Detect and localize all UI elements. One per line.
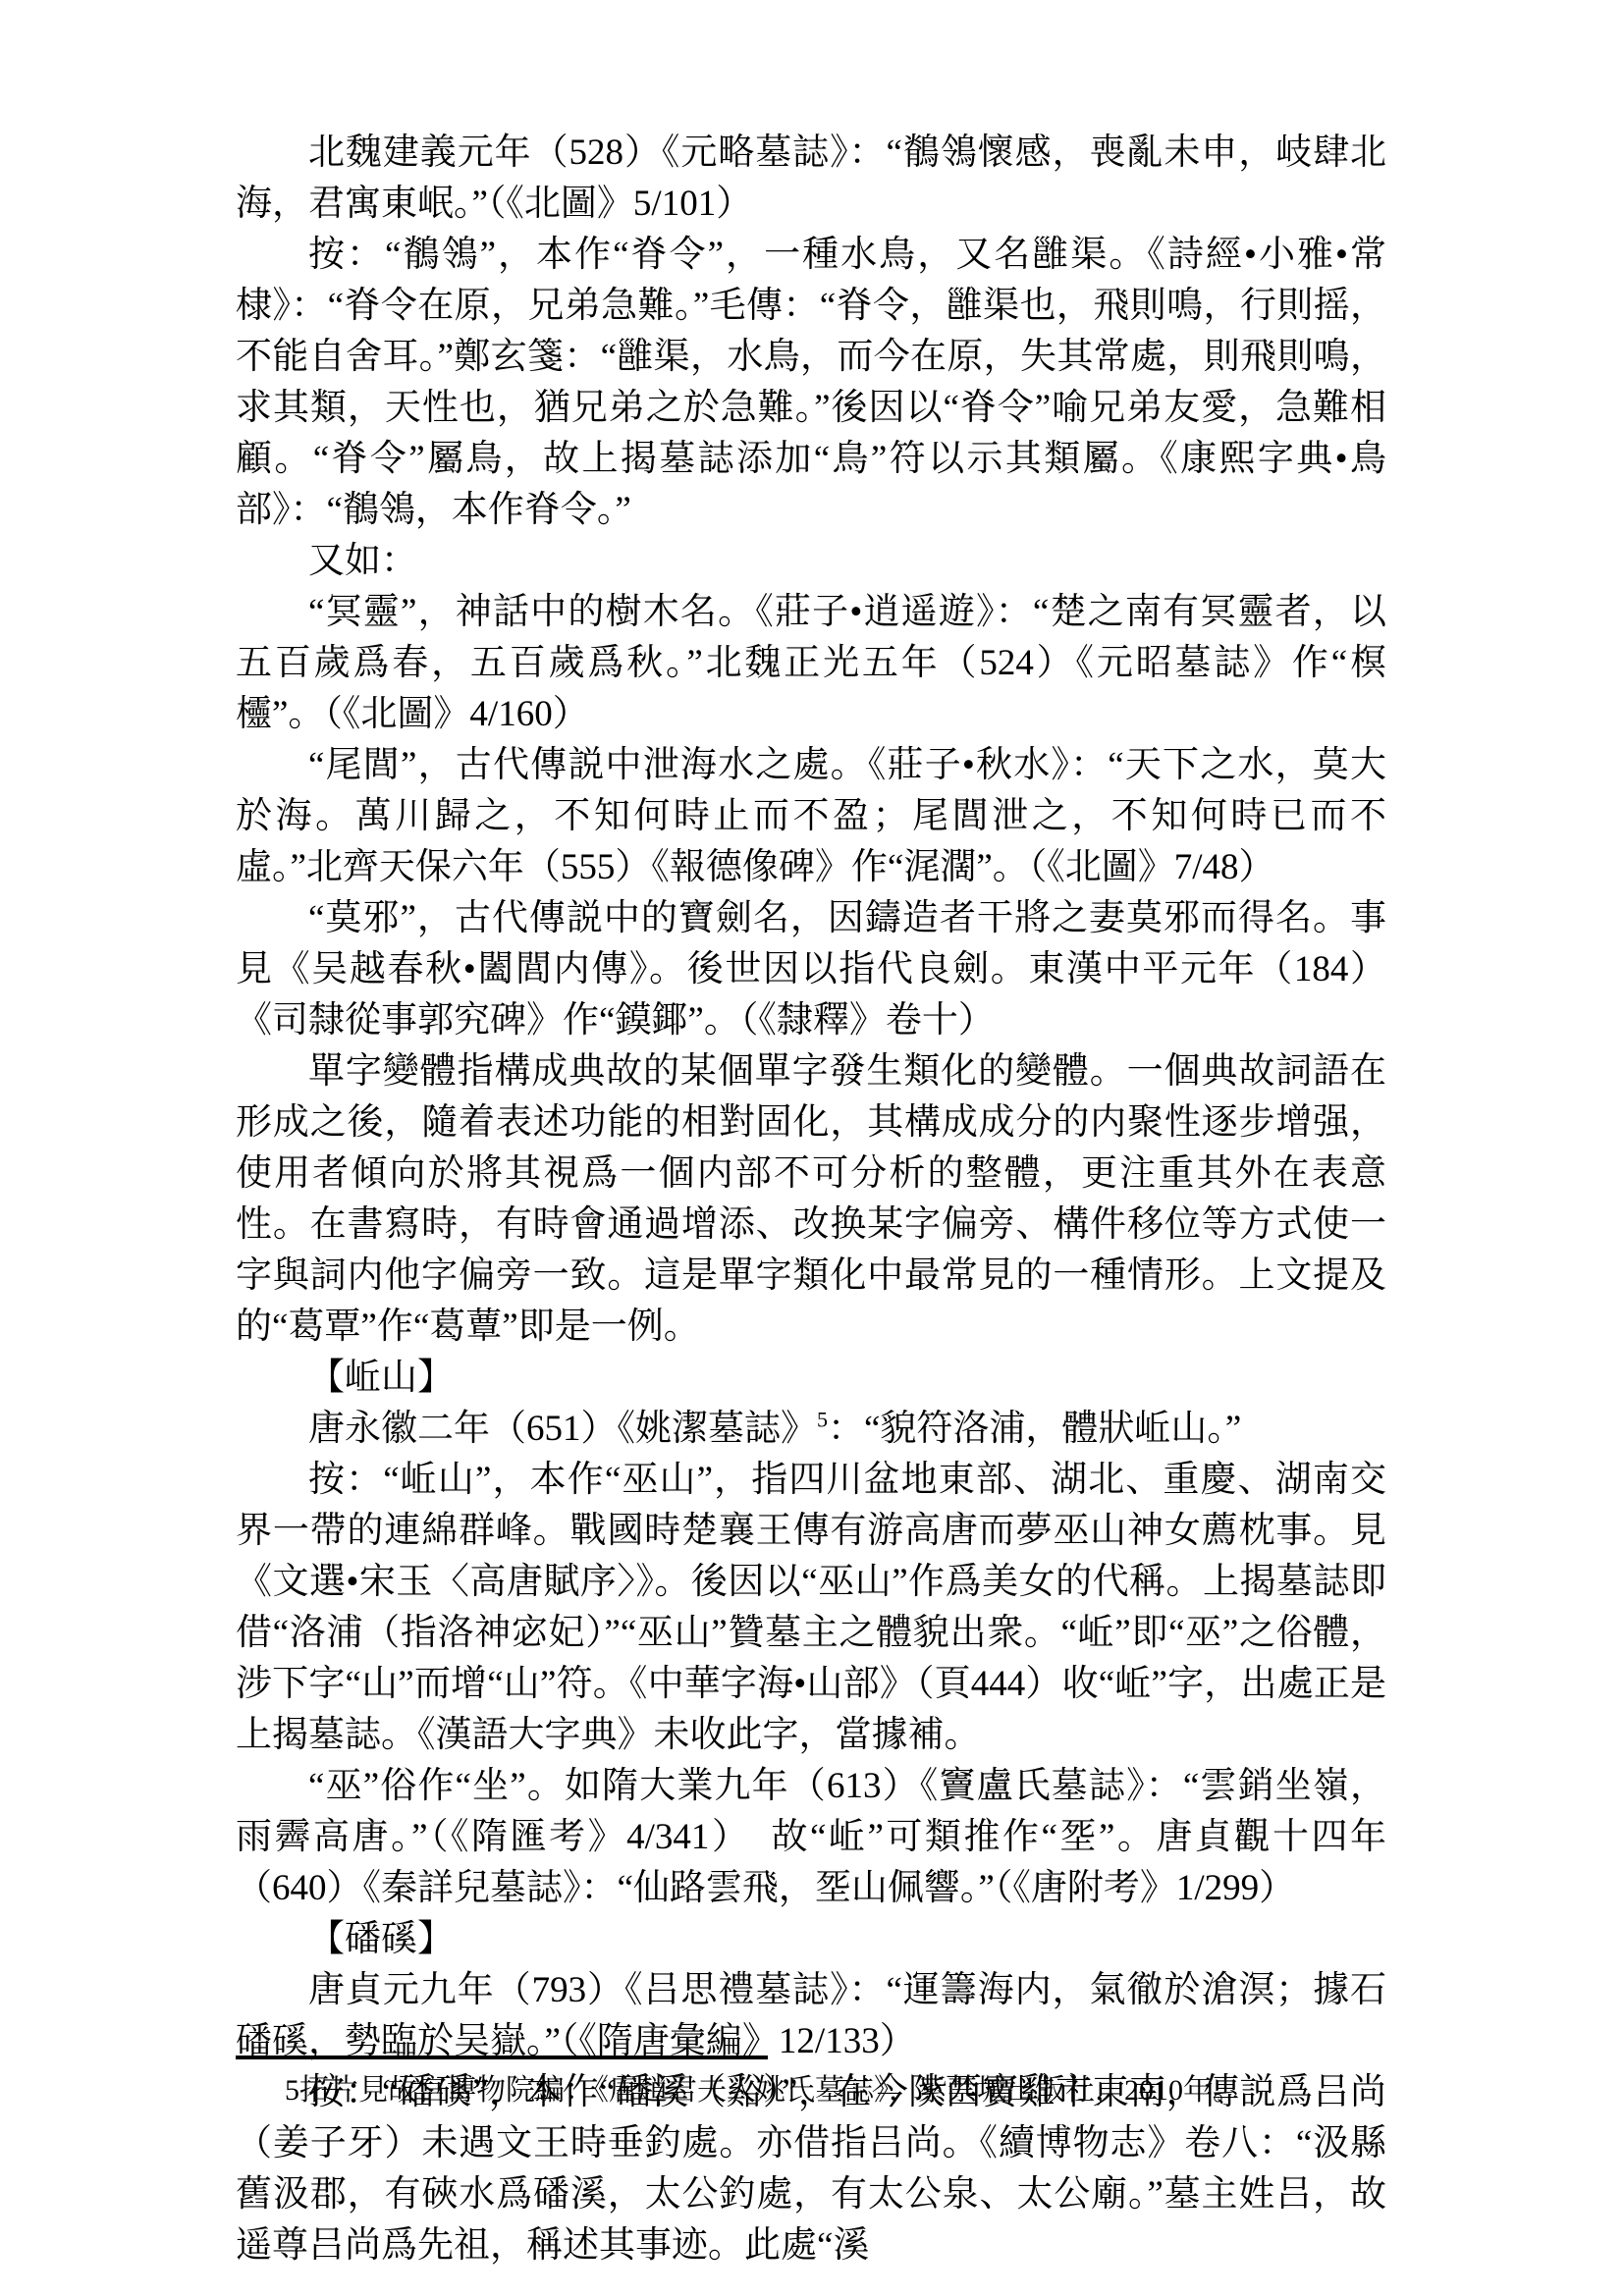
- body-paragraph: “尾閭”，古代傳説中泄海水之處。《莊子•秋水》：“天下之水，莫大於海。萬川歸之，…: [236, 740, 1386, 893]
- paragraph-text: ：“貌符洛浦，體狀岴山。”: [828, 1409, 1241, 1449]
- footnote-marker-5: 5: [817, 1408, 828, 1432]
- footnote-text: 5拓片見故宫博物院編：《唐趙君夫人姚氏墓誌》，紫禁城出版社，2010年。: [236, 2069, 1386, 2112]
- body-paragraph: 北魏建義元年（528）《元略墓誌》：“鶺鴒懷感，喪亂未申，岐肆北海，君寓東岷。”…: [236, 128, 1386, 230]
- body-paragraph: “莫邪”，古代傳説中的寶劍名，因鑄造者干將之妻莫邪而得名。事見《吴越春秋•闔閭内…: [236, 893, 1386, 1046]
- body-paragraph: “冥靈”，神話中的樹木名。《莊子•逍遥遊》：“楚之南有冥靈者，以五百歲爲春，五百…: [236, 587, 1386, 740]
- main-text-block: 北魏建義元年（528）《元略墓誌》：“鶺鴒懷感，喪亂未申，岐肆北海，君寓東岷。”…: [236, 128, 1386, 2271]
- entry-heading-washan: 【岴山】: [236, 1353, 1386, 1404]
- paragraph-text: 唐永徽二年（651）《姚潔墓誌》: [308, 1409, 817, 1449]
- document-page: 北魏建義元年（528）《元略墓誌》：“鶺鴒懷感，喪亂未申，岐肆北海，君寓東岷。”…: [0, 0, 1624, 2296]
- body-paragraph: 唐貞元九年（793）《吕思禮墓誌》：“運籌海内，氣徹於滄溟；據石磻磎，勢臨於吴嶽…: [236, 1965, 1386, 2067]
- body-paragraph-with-footnote: 唐永徽二年（651）《姚潔墓誌》5：“貌符洛浦，體狀岴山。”: [236, 1404, 1386, 1455]
- footnote-separator-rule: [236, 2056, 768, 2059]
- body-paragraph: 單字變體指構成典故的某個單字發生類化的變體。一個典故詞語在形成之後，隨着表述功能…: [236, 1046, 1386, 1353]
- body-paragraph: 按：“鶺鴒”，本作“脊令”，一種水鳥，又名雝渠。《詩經•小雅•常棣》：“脊令在原…: [236, 230, 1386, 536]
- body-paragraph: “巫”俗作“坐”。如隋大業九年（613）《竇盧氏墓誌》：“雲銷坐嶺，雨霽高唐。”…: [236, 1761, 1386, 1914]
- body-paragraph: 按：“岴山”，本作“巫山”，指四川盆地東部、湖北、重慶、湖南交界一帶的連綿群峰。…: [236, 1455, 1386, 1761]
- body-paragraph: 又如：: [236, 536, 1386, 587]
- entry-heading-panxi: 【磻磎】: [236, 1914, 1386, 1965]
